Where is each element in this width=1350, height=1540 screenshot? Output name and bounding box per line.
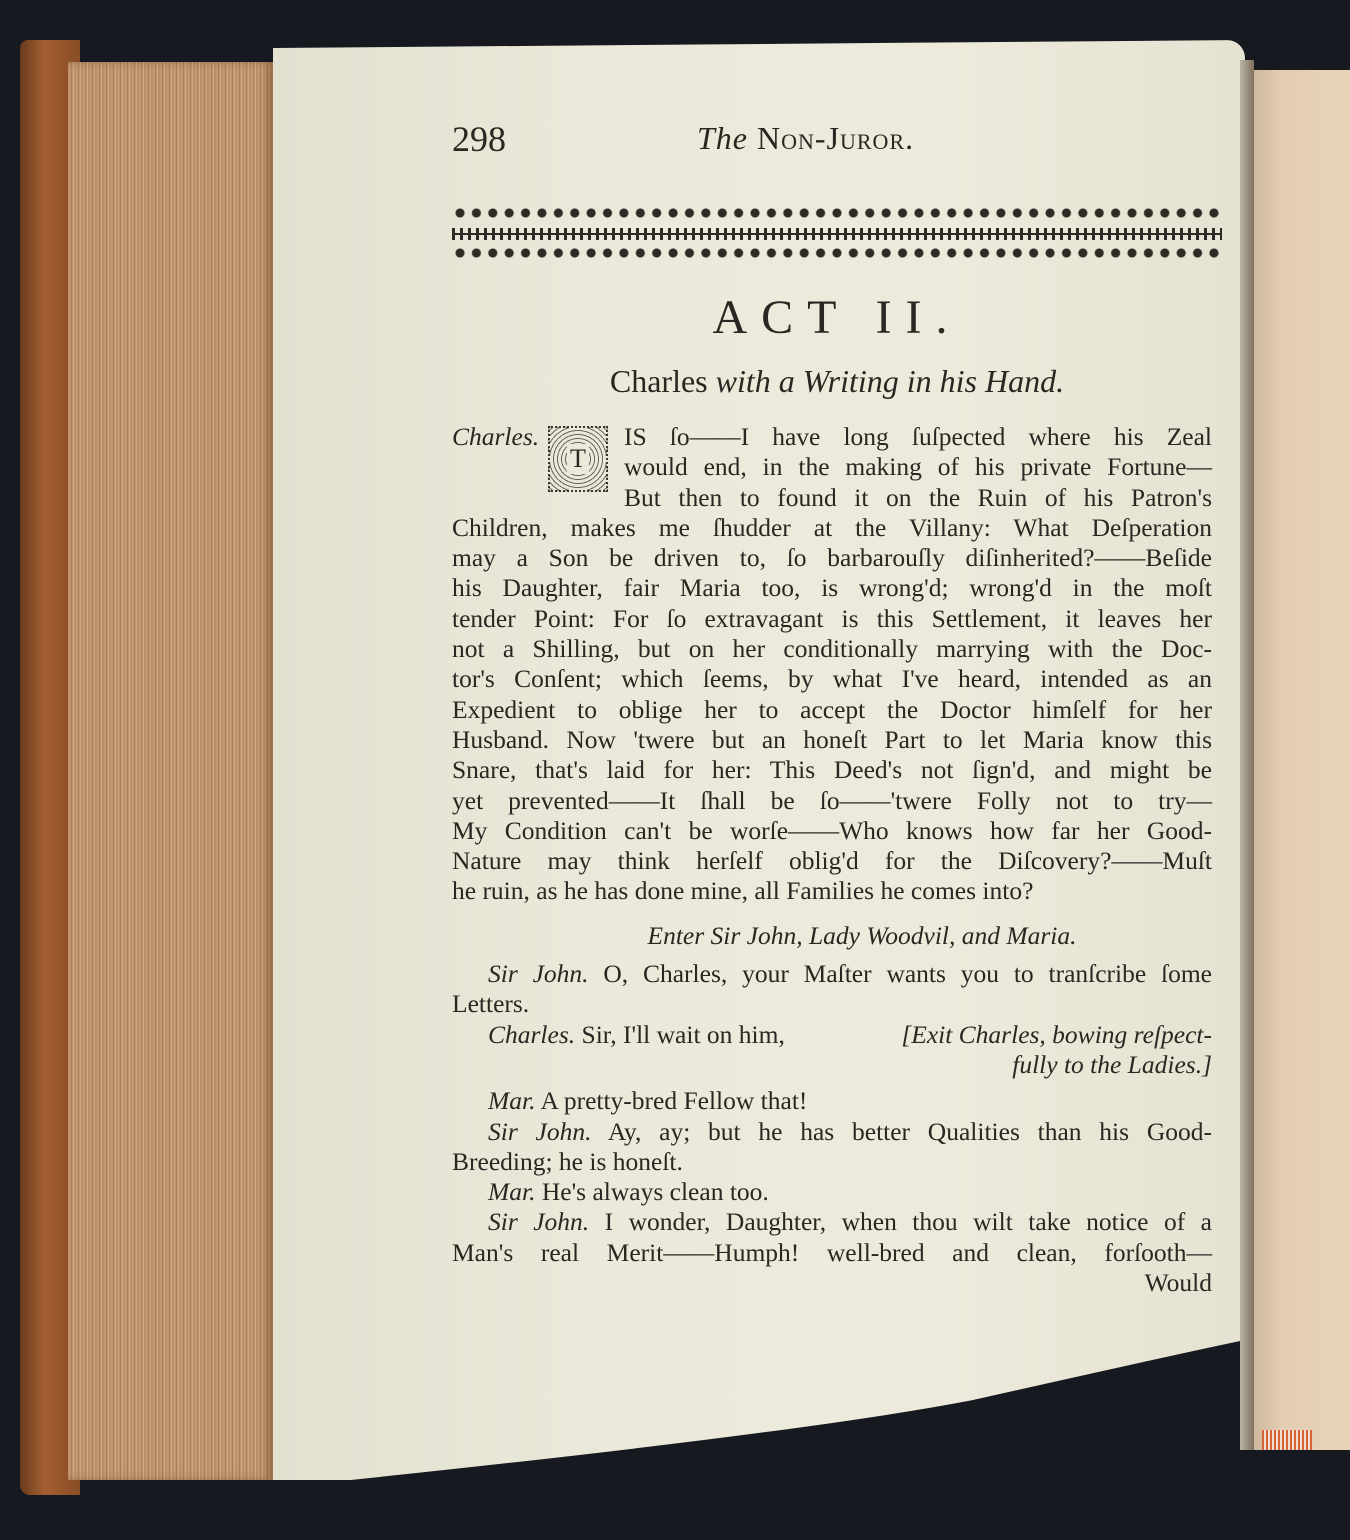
page-stack-edge: [68, 62, 273, 1480]
dialogue-text: Sir, I'll wait on him,: [582, 1020, 785, 1049]
page-number: 298: [452, 118, 506, 160]
stage-direction-enter: Enter Sir John, Lady Woodvil, and Maria.: [452, 921, 1212, 951]
dialogue-maria-1: Mar. A pretty-bred Fellow that!: [452, 1086, 1212, 1116]
text-line: Expedient to oblige her to accept the Do…: [452, 695, 1212, 725]
text-line: Snare, that's laid for her: This Deed's …: [452, 755, 1212, 785]
dialogue-text-cont: Breeding; he is honeſt.: [452, 1147, 1212, 1177]
speaker-label: Charles.: [488, 1020, 575, 1049]
speech-charles-monologue: Charles. T IS ſo——I have long ſuſpected …: [452, 422, 1212, 907]
text-line: Children, makes me ſhudder at the Villan…: [452, 513, 1212, 543]
stage-direction-exit: [Exit Charles, bowing reſpect-: [901, 1020, 1212, 1050]
drop-cap-letter: T: [567, 444, 589, 474]
speaker-label: Sir John.: [488, 1207, 589, 1236]
dialogue-text: I wonder, Daughter, when thou wilt take …: [605, 1207, 1212, 1236]
text-line: tender Point: For ſo extravagant is this…: [452, 604, 1212, 634]
scene-heading: Charles with a Writing in his Hand.: [452, 363, 1222, 400]
running-header: 298 The Non-Juror.: [452, 118, 1172, 158]
running-title-main: Non-Juror.: [757, 120, 914, 156]
decorative-headpiece-ornament: [452, 205, 1222, 263]
dialogue-text-cont: Letters.: [452, 989, 1212, 1019]
decorated-initial-icon: T: [548, 426, 608, 492]
text-line: Husband. Now 'twere but an honeſt Part t…: [452, 725, 1212, 755]
speaker-label: Charles.: [452, 422, 539, 452]
running-title-prefix: The: [697, 120, 748, 156]
facing-page-headband: [1262, 1430, 1312, 1450]
scene-heading-name: Charles: [610, 363, 708, 399]
speaker-label: Sir John.: [488, 959, 589, 988]
facing-page: [1250, 70, 1350, 1450]
dialogue-charles: Charles. Sir, I'll wait on him,[Exit Cha…: [452, 1020, 1212, 1081]
text-line: not a Shilling, but on her conditionally…: [452, 634, 1212, 664]
text-line: tor's Conſent; which ſeems, by what I've…: [452, 664, 1212, 694]
dialogue-sir-john-1: Sir John. O, Charles, your Maſter wants …: [452, 959, 1212, 1020]
text-line: yet prevented——It ſhall be ſo——'twere Fo…: [452, 786, 1212, 816]
text-line: Nature may think herſelf oblig'd for the…: [452, 846, 1212, 876]
stage-direction-exit-cont: fully to the Ladies.]: [452, 1050, 1212, 1080]
text-line: may a Son be driven to, ſo barbarouſly d…: [452, 543, 1212, 573]
speaker-label: Sir John.: [488, 1117, 591, 1146]
speaker-label: Mar.: [488, 1086, 535, 1115]
text-line: he ruin, as he has done mine, all Famili…: [452, 876, 1212, 906]
speaker-label: Mar.: [488, 1177, 535, 1206]
dialogue-text: A pretty-bred Fellow that!: [540, 1086, 807, 1115]
dialogue-sir-john-3: Sir John. I wonder, Daughter, when thou …: [452, 1207, 1212, 1268]
text-line: his Daughter, fair Maria too, is wrong'd…: [452, 573, 1212, 603]
dialogue-text: O, Charles, your Maſter wants you to tra…: [603, 959, 1212, 988]
page-gutter: [1240, 60, 1254, 1450]
dialogue-maria-2: Mar. He's always clean too.: [452, 1177, 1212, 1207]
text-line: My Condition can't be worſe——Who knows h…: [452, 816, 1212, 846]
act-title: ACT II.: [452, 290, 1222, 345]
dialogue-text-cont: Man's real Merit——Humph! well-bred and c…: [452, 1238, 1212, 1268]
play-text: Charles. T IS ſo——I have long ſuſpected …: [452, 422, 1212, 1298]
dialogue-sir-john-2: Sir John. Ay, ay; but he has better Qual…: [452, 1117, 1212, 1178]
dialogue-text: He's always clean too.: [542, 1177, 769, 1206]
scene-heading-rest: with a Writing in his Hand.: [716, 363, 1064, 399]
running-title: The Non-Juror.: [697, 120, 914, 157]
dialogue-text: Ay, ay; but he has better Qualities than…: [608, 1117, 1212, 1146]
catchword: Would: [452, 1268, 1212, 1298]
